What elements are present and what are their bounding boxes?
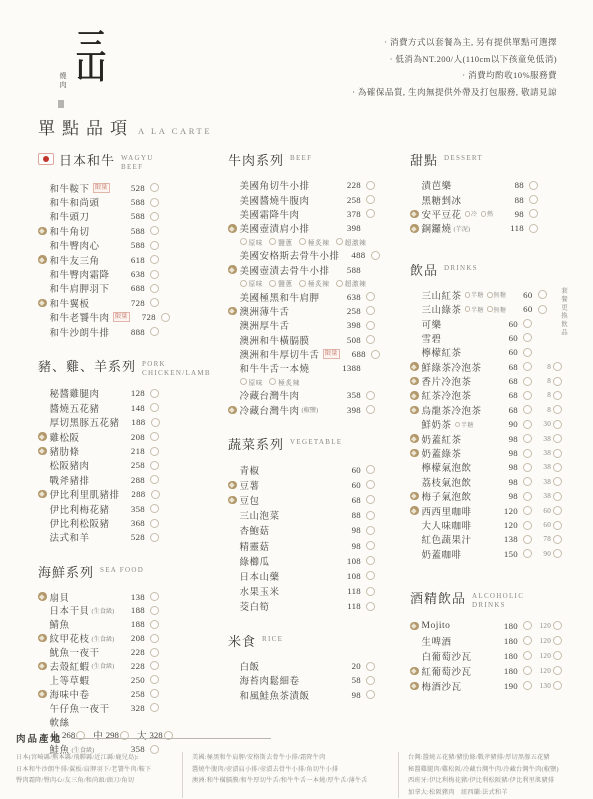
- set-upgrade-zone: 120: [532, 636, 568, 645]
- upgrade-price: 38: [532, 435, 551, 443]
- order-circle[interactable]: [371, 350, 380, 359]
- order-circle[interactable]: [299, 280, 306, 287]
- set-upgrade-zone: 38: [532, 434, 568, 443]
- item-name: 去殼紅蝦: [50, 659, 90, 673]
- restaurant-logo: 三山 燒肉: [46, 26, 126, 112]
- menu-column-right: 甜點DESSERT漬芭樂88黑糖剉冰88安平豆花冷熱98銅鑼燒(芋泥)118飲品…: [410, 150, 568, 710]
- origin-line: 西班牙:伊比利梅花豬/伊比利松阪豬/伊比利里肌豬排: [408, 775, 583, 787]
- flavor-option[interactable]: 原味: [240, 278, 264, 288]
- order-circle[interactable]: [553, 420, 562, 429]
- order-circle[interactable]: [465, 211, 471, 217]
- order-circle[interactable]: [529, 195, 538, 204]
- item-price: 398: [335, 223, 361, 233]
- flavor-option[interactable]: 超激辣: [336, 237, 367, 247]
- order-circle[interactable]: [366, 556, 375, 565]
- order-circle[interactable]: [553, 521, 562, 530]
- item-price: 58: [335, 675, 361, 685]
- order-circle[interactable]: [150, 689, 159, 698]
- option-label: 鹽蔥: [278, 278, 293, 288]
- option-label: 熱: [487, 209, 494, 218]
- order-circle[interactable]: [523, 405, 532, 414]
- item-name: 澳洲和牛橫膈膜: [240, 333, 310, 347]
- option-label: 超激辣: [345, 237, 367, 247]
- menu-item-row: 澳洲薄牛舌258: [228, 304, 375, 318]
- item-name: 和牛牛舌一本燒: [240, 361, 310, 375]
- menu-item-row: 西西里咖啡12060: [410, 503, 568, 517]
- upgrade-price: 38: [532, 478, 551, 486]
- section-pork: 豬、雞、羊系列PORK CHICKEN/LAMB秘醬雞腿肉128醬燒五花豬148…: [38, 356, 159, 545]
- order-circle[interactable]: [150, 270, 159, 279]
- item-name: 紋甲花枝: [50, 631, 90, 645]
- order-circle[interactable]: [150, 648, 159, 657]
- item-name: 奶蓋咖啡: [422, 547, 462, 561]
- order-circle[interactable]: [150, 432, 159, 441]
- order-circle[interactable]: [553, 549, 562, 558]
- item-price: 250: [119, 675, 145, 685]
- menu-item-row: 和牛和尚頭588: [38, 195, 159, 209]
- item-price: 588: [119, 240, 145, 250]
- item-price: 118: [335, 586, 361, 596]
- order-circle[interactable]: [523, 362, 532, 371]
- order-circle[interactable]: [371, 251, 380, 260]
- section-wagyu: 日本和牛WAGYU BEEF和牛鞍下限量528和牛和尚頭588和牛頭刀588和牛…: [38, 150, 159, 339]
- order-circle[interactable]: [151, 490, 160, 499]
- order-circle[interactable]: [366, 391, 375, 400]
- flavor-options-row: 原味極炙辣: [228, 376, 375, 389]
- menu-item-row: 美國霜降牛肉378: [228, 207, 375, 221]
- flavor-option[interactable]: 極炙辣: [269, 377, 300, 387]
- order-circle[interactable]: [523, 377, 532, 386]
- order-circle[interactable]: [150, 241, 159, 250]
- recommend-icon: [38, 592, 47, 601]
- origin-line: 醬燒牛腹肉/壺漬肩小排/壺漬去骨牛小排/角切牛小排: [192, 764, 398, 776]
- order-circle[interactable]: [523, 420, 532, 429]
- item-price: 228: [119, 661, 145, 671]
- flavor-option[interactable]: 原味: [240, 377, 264, 387]
- order-circle[interactable]: [150, 226, 159, 235]
- order-circle[interactable]: [529, 209, 538, 218]
- order-circle[interactable]: [553, 681, 562, 690]
- item-price: 888: [119, 327, 145, 337]
- item-price: 528: [119, 532, 145, 542]
- inline-option[interactable]: 半糖: [465, 290, 485, 299]
- menu-item-row: 荔枝氣泡飲9838: [410, 475, 568, 489]
- item-price: 138: [119, 592, 145, 602]
- order-circle[interactable]: [366, 405, 375, 414]
- flavor-option[interactable]: 原味: [240, 237, 264, 247]
- recommend-icon: [410, 434, 419, 443]
- order-circle[interactable]: [366, 541, 375, 550]
- origin-line: 日本(宮崎縣/熊本縣/飛驒縣/近江縣/鹿兒島):: [16, 752, 182, 764]
- upgrade-price: 38: [532, 449, 551, 457]
- order-circle[interactable]: [523, 391, 532, 400]
- order-circle[interactable]: [299, 238, 306, 245]
- order-circle[interactable]: [269, 280, 276, 287]
- menu-item-row: 美國醬燒牛腹肉258: [228, 192, 375, 206]
- limited-badge: 限量: [113, 312, 130, 322]
- order-circle[interactable]: [366, 526, 375, 535]
- set-upgrade-zone: 78: [532, 535, 568, 544]
- order-circle[interactable]: [523, 521, 532, 530]
- menu-item-row: 魷魚一夜干228: [38, 645, 159, 659]
- inline-option[interactable]: 無糖: [487, 305, 507, 314]
- item-name: 冷藏台灣牛肉: [240, 403, 300, 417]
- item-name: 法式和羊: [50, 530, 90, 544]
- order-circle[interactable]: [538, 290, 547, 299]
- order-circle[interactable]: [150, 675, 159, 684]
- inline-option[interactable]: 熱: [481, 209, 494, 218]
- section-title: 海鮮系列: [38, 562, 94, 581]
- menu-item-row: 黑糖剉冰88: [410, 192, 568, 206]
- option-label: 原味: [249, 377, 264, 387]
- order-circle[interactable]: [366, 306, 375, 315]
- order-circle[interactable]: [366, 690, 375, 699]
- order-circle[interactable]: [150, 606, 159, 615]
- order-circle[interactable]: [523, 333, 532, 342]
- order-circle[interactable]: [455, 422, 461, 428]
- order-circle[interactable]: [366, 209, 375, 218]
- order-circle[interactable]: [366, 662, 375, 671]
- item-price: 98: [492, 448, 518, 458]
- item-price: 88: [498, 195, 524, 205]
- flavor-option[interactable]: 極炙辣: [299, 237, 330, 247]
- origin-line: 日本和牛沙朗牛排/翼板/肩胛羽下/老饕牛肉/鞍下: [16, 764, 182, 776]
- order-circle[interactable]: [336, 238, 343, 245]
- order-circle[interactable]: [523, 492, 532, 501]
- item-name: 和牛臀肉心: [50, 238, 100, 252]
- section-title: 牛肉系列: [228, 150, 284, 169]
- order-circle[interactable]: [553, 405, 562, 414]
- order-circle[interactable]: [481, 211, 487, 217]
- order-circle[interactable]: [366, 587, 375, 596]
- order-circle[interactable]: [150, 661, 159, 670]
- order-circle[interactable]: [553, 666, 562, 675]
- order-circle[interactable]: [150, 461, 159, 470]
- item-price: 60: [507, 290, 533, 300]
- menu-item-row: 生啤酒180120: [410, 633, 568, 648]
- order-circle[interactable]: [150, 592, 159, 601]
- order-circle[interactable]: [553, 449, 562, 458]
- upgrade-price: 120: [532, 652, 551, 660]
- order-circle[interactable]: [523, 636, 532, 645]
- order-circle[interactable]: [523, 319, 532, 328]
- order-circle[interactable]: [523, 549, 532, 558]
- order-circle[interactable]: [150, 389, 159, 398]
- order-circle[interactable]: [553, 377, 562, 386]
- section-vegetable: 蔬菜系列VEGETABLE青椒60豆薯60豆包68三山泡菜88杏鮑菇98精靈菇9…: [228, 434, 375, 614]
- order-circle[interactable]: [366, 465, 375, 474]
- menu-item-row: 秘醬雞腿肉128: [38, 386, 159, 400]
- item-name: 紅茶冷泡茶: [422, 388, 472, 402]
- inline-option[interactable]: 半糖: [455, 420, 475, 429]
- order-circle[interactable]: [150, 198, 159, 207]
- order-circle[interactable]: [487, 306, 493, 312]
- item-price: 638: [119, 269, 145, 279]
- menu-item-row: 鯖魚188: [38, 617, 159, 631]
- order-circle[interactable]: [150, 255, 159, 264]
- order-circle[interactable]: [523, 463, 532, 472]
- order-circle[interactable]: [151, 418, 160, 427]
- order-circle[interactable]: [150, 284, 159, 293]
- recommend-icon: [410, 492, 419, 501]
- order-circle[interactable]: [523, 434, 532, 443]
- item-price: 378: [335, 209, 361, 219]
- order-circle[interactable]: [553, 362, 562, 371]
- order-circle[interactable]: [523, 666, 532, 675]
- item-name: 黑糖剉冰: [422, 193, 462, 207]
- item-price: 108: [335, 571, 361, 581]
- logo-subtext: 燒肉: [58, 72, 68, 90]
- menu-item-row: 伊比利梅花豬358: [38, 501, 159, 515]
- order-circle[interactable]: [150, 212, 159, 221]
- order-circle[interactable]: [366, 480, 375, 489]
- item-price: 288: [120, 489, 146, 499]
- menu-item-row: Mojito180120: [410, 618, 568, 633]
- item-name: 茭白筍: [240, 599, 270, 613]
- order-circle[interactable]: [523, 506, 532, 515]
- item-name: 美國安格斯去骨牛小排: [240, 248, 340, 262]
- section-title-en: BEEF: [290, 154, 312, 163]
- order-circle[interactable]: [240, 238, 247, 245]
- section-title: 日本和牛: [59, 150, 115, 169]
- menu-item-row: 和牛沙朗牛排888: [38, 324, 159, 338]
- order-circle[interactable]: [240, 378, 247, 385]
- item-name: 和牛肩胛羽下: [50, 281, 110, 295]
- item-price: 68: [492, 376, 518, 386]
- menu-item-row: 茭白筍118: [228, 599, 375, 614]
- item-name: 和牛頭刀: [50, 209, 90, 223]
- order-circle[interactable]: [523, 477, 532, 486]
- item-note: (生食級): [92, 606, 115, 615]
- order-circle[interactable]: [523, 651, 532, 660]
- item-name: 海苔肉鬆細卷: [240, 673, 300, 687]
- menu-item-row: 和牛友三角618: [38, 252, 159, 266]
- set-upgrade-zone: 120: [532, 666, 568, 675]
- order-circle[interactable]: [150, 327, 159, 336]
- order-circle[interactable]: [240, 280, 247, 287]
- menu-item-row: 杏鮑菇98: [228, 523, 375, 538]
- flavor-option[interactable]: 超激辣: [336, 278, 367, 288]
- item-price: 288: [119, 475, 145, 485]
- order-circle[interactable]: [523, 681, 532, 690]
- upgrade-price: 78: [532, 535, 551, 543]
- recommend-icon: [228, 265, 237, 274]
- origin-line: 加拿大:松阪豬肉 紐西蘭:法式和羊: [408, 787, 583, 799]
- item-price: 688: [340, 349, 366, 359]
- order-circle[interactable]: [150, 504, 159, 513]
- set-upgrade-zone: 38: [532, 449, 568, 458]
- order-circle[interactable]: [553, 463, 562, 472]
- section-header: 豬、雞、羊系列PORK CHICKEN/LAMB: [38, 356, 159, 378]
- order-circle[interactable]: [553, 492, 562, 501]
- section-title-en: DESSERT: [444, 154, 483, 163]
- order-circle[interactable]: [150, 403, 159, 412]
- order-circle[interactable]: [538, 305, 547, 314]
- recommend-icon: [410, 391, 419, 400]
- order-circle[interactable]: [150, 519, 159, 528]
- order-circle[interactable]: [366, 676, 375, 685]
- item-price: 88: [335, 510, 361, 520]
- order-circle[interactable]: [366, 321, 375, 330]
- page-title-row: 單點品項 A LA CARTE: [38, 114, 212, 139]
- order-circle[interactable]: [336, 280, 343, 287]
- item-price: 128: [119, 388, 145, 398]
- flavor-option[interactable]: 極炙辣: [299, 278, 330, 288]
- order-circle[interactable]: [465, 292, 471, 298]
- set-upgrade-zone: 30: [532, 420, 568, 429]
- order-circle[interactable]: [366, 495, 375, 504]
- order-circle[interactable]: [553, 636, 562, 645]
- order-circle[interactable]: [366, 335, 375, 344]
- section-rice: 米食RICE白飯20海苔肉鬆細卷58和風鮭魚茶漬飯98: [228, 631, 375, 702]
- flavor-option[interactable]: 鹽蔥: [269, 237, 293, 247]
- menu-item-row: 和牛肩胛羽下688: [38, 281, 159, 295]
- set-upgrade-zone: 8: [532, 362, 568, 371]
- item-price: 138: [492, 534, 518, 544]
- item-name: 冷藏台灣牛肉: [240, 388, 300, 402]
- order-circle[interactable]: [487, 292, 493, 298]
- item-price: 60: [492, 319, 518, 329]
- section-header: 牛肉系列BEEF: [228, 150, 375, 169]
- set-upgrade-zone: 90: [532, 549, 568, 558]
- order-circle[interactable]: [150, 703, 159, 712]
- item-name: 和牛角切: [50, 224, 90, 238]
- section-title-en: DRINKS: [444, 264, 478, 273]
- flavor-option[interactable]: 鹽蔥: [269, 278, 293, 288]
- section-title: 蔬菜系列: [228, 434, 284, 453]
- item-price: 588: [119, 226, 145, 236]
- order-circle[interactable]: [523, 449, 532, 458]
- item-price: 68: [335, 495, 361, 505]
- item-price: 258: [335, 195, 361, 205]
- item-price: 118: [498, 223, 524, 233]
- logo-text: 三山: [72, 28, 102, 76]
- order-circle[interactable]: [553, 651, 562, 660]
- item-price: 398: [335, 405, 361, 415]
- menu-item-row: 豆薯60: [228, 477, 375, 492]
- item-price: 98: [492, 491, 518, 501]
- item-price: 208: [119, 432, 145, 442]
- order-circle[interactable]: [366, 181, 375, 190]
- order-circle[interactable]: [366, 292, 375, 301]
- order-circle[interactable]: [150, 183, 159, 192]
- menu-item-row: 白飯20: [228, 659, 375, 673]
- item-name: 澳洲和牛厚切牛舌: [240, 347, 320, 361]
- upgrade-price: 30: [532, 420, 551, 428]
- order-circle[interactable]: [529, 181, 538, 190]
- item-price: 358: [335, 390, 361, 400]
- section-title-en: PORK CHICKEN/LAMB: [142, 360, 208, 378]
- menu-item-row: 鮮奶茶半糖9030: [410, 417, 568, 431]
- page-title-en: A LA CARTE: [138, 126, 212, 136]
- order-circle[interactable]: [150, 634, 159, 643]
- order-circle[interactable]: [269, 238, 276, 245]
- order-circle[interactable]: [553, 477, 562, 486]
- order-circle[interactable]: [150, 475, 159, 484]
- section-header: 米食RICE: [228, 631, 375, 650]
- item-price: 618: [119, 255, 145, 265]
- order-circle[interactable]: [523, 535, 532, 544]
- menu-item-row: 美國安格斯去骨牛小排488: [228, 248, 375, 262]
- recommend-icon: [410, 506, 419, 515]
- menu-item-row: 松阪豬肉258: [38, 458, 159, 472]
- order-circle[interactable]: [150, 447, 159, 456]
- order-circle[interactable]: [553, 535, 562, 544]
- item-price: 118: [335, 601, 361, 611]
- section-header: 甜點DESSERT: [410, 150, 568, 169]
- item-name: 安平豆花: [422, 207, 462, 221]
- section-alcoholic: 酒精飲品ALCOHOLIC DRINKSMojito180120生啤酒18012…: [410, 588, 568, 694]
- menu-item-row: 奶蓋綠茶9838: [410, 446, 568, 460]
- set-upgrade-zone: 60: [532, 506, 568, 515]
- set-upgrade-zone: 38: [532, 477, 568, 486]
- order-circle[interactable]: [150, 620, 159, 629]
- order-circle[interactable]: [553, 434, 562, 443]
- order-circle[interactable]: [150, 298, 159, 307]
- menu-item-row: 雪碧60: [410, 331, 568, 345]
- item-price: 60: [492, 333, 518, 343]
- order-circle[interactable]: [553, 506, 562, 515]
- set-upgrade-zone: 130: [532, 681, 568, 690]
- item-name: 伊比利里肌豬排: [50, 487, 120, 501]
- inline-option[interactable]: 半糖: [465, 305, 485, 314]
- inline-option[interactable]: 冷: [465, 209, 478, 218]
- order-circle[interactable]: [523, 348, 532, 357]
- recommend-icon: [228, 224, 237, 233]
- recommend-icon: [410, 667, 419, 676]
- option-label: 冷: [471, 209, 478, 218]
- item-price: 218: [119, 446, 145, 456]
- order-circle[interactable]: [529, 224, 538, 233]
- order-circle[interactable]: [523, 621, 532, 630]
- item-name: 日本山藥: [240, 569, 280, 583]
- inline-option[interactable]: 無糖: [487, 290, 507, 299]
- page-title: 單點品項: [38, 114, 134, 139]
- order-circle[interactable]: [161, 313, 170, 322]
- order-circle[interactable]: [366, 602, 375, 611]
- order-circle[interactable]: [150, 533, 159, 542]
- order-circle[interactable]: [366, 571, 375, 580]
- item-name: 青椒: [240, 463, 260, 477]
- note-line: · 消費均酌收10%服務費: [352, 67, 557, 84]
- order-circle[interactable]: [269, 378, 276, 385]
- menu-page: 三山 燒肉 · 消費方式以套餐為主, 另有提供單點可選擇· 低消為NT.200/…: [0, 0, 593, 799]
- menu-item-row: 奶蓋咖啡15090: [410, 547, 568, 561]
- section-title: 豬、雞、羊系列: [38, 356, 136, 375]
- item-name: 日本干貝: [50, 603, 90, 617]
- option-label: 無糖: [494, 305, 507, 314]
- recommend-icon: [38, 662, 47, 671]
- menu-item-row: 檸檬紅茶60: [410, 345, 568, 359]
- item-price: 508: [335, 335, 361, 345]
- recommend-icon: [410, 622, 419, 631]
- item-name: 澳洲薄牛舌: [240, 304, 290, 318]
- set-upgrade-zone: 38: [532, 492, 568, 501]
- item-name: 杏鮑菇: [240, 523, 270, 537]
- order-circle[interactable]: [553, 391, 562, 400]
- recommend-icon: [38, 490, 47, 499]
- order-circle[interactable]: [465, 306, 471, 312]
- item-price: 148: [119, 403, 145, 413]
- upgrade-price: 120: [532, 622, 551, 630]
- order-circle[interactable]: [553, 621, 562, 630]
- item-name: 檸檬氣泡飲: [422, 460, 472, 474]
- item-name: 豬肋條: [50, 444, 80, 458]
- item-name: 豆包: [240, 493, 260, 507]
- order-circle[interactable]: [366, 511, 375, 520]
- order-circle[interactable]: [366, 195, 375, 204]
- item-price: 98: [498, 209, 524, 219]
